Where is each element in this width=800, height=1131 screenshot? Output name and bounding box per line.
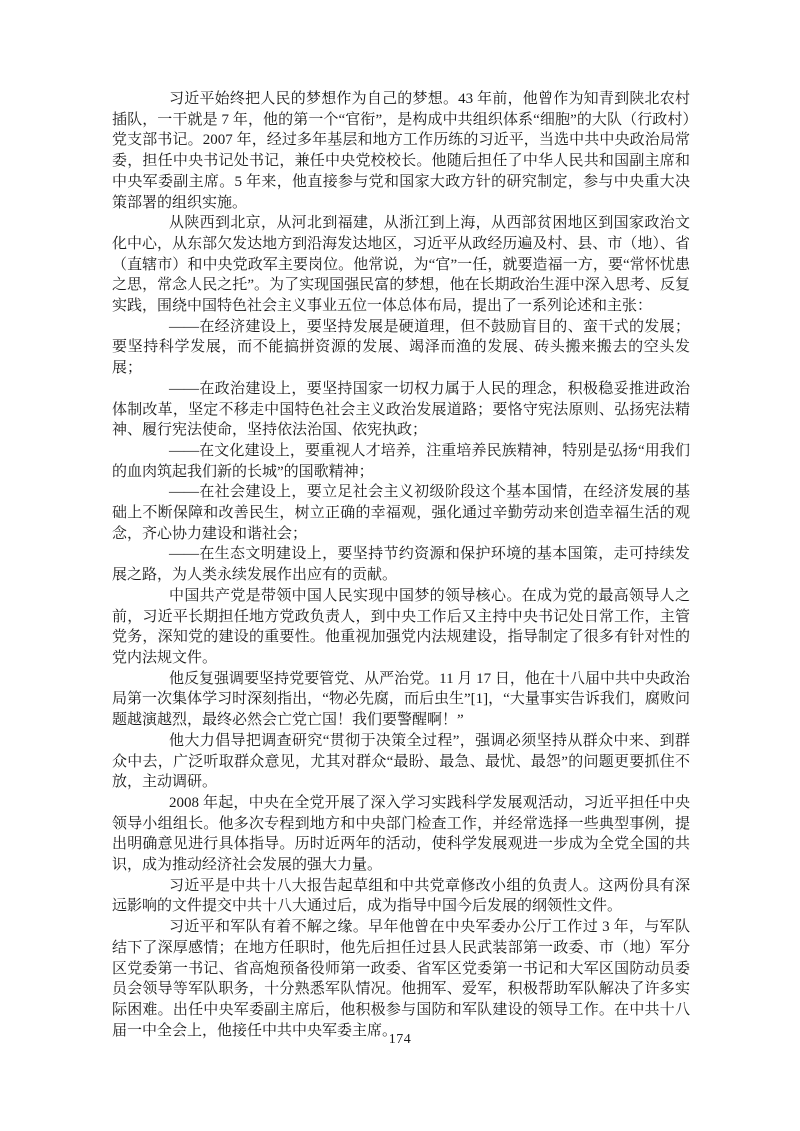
paragraph: 习近平和军队有着不解之缘。早年他曾在中央军委办公厅工作过 3 年，与军队结下了深… [112, 917, 690, 1041]
document-page: 习近平始终把人民的梦想作为自己的梦想。43 年前，他曾作为知青到陕北农村插队，一… [0, 0, 800, 1131]
page-number: 174 [0, 1032, 800, 1048]
paragraph: ——在生态文明建设上，要坚持节约资源和保护环境的基本国策，走可持续发展之路，为人… [112, 544, 690, 585]
paragraph: 从陕西到北京，从河北到福建，从浙江到上海，从西部贫困地区到国家政治文化中心，从东… [112, 213, 690, 317]
paragraph: 中国共产党是带领中国人民实现中国梦的领导核心。在成为党的最高领导人之前，习近平长… [112, 586, 690, 669]
paragraph: ——在社会建设上，要立足社会主义初级阶段这个基本国情，在经济发展的基础上不断保障… [112, 482, 690, 544]
paragraph: 2008 年起，中央在全党开展了深入学习实践科学发展观活动，习近平担任中央领导小… [112, 793, 690, 876]
paragraph: 他大力倡导把调查研究“贯彻于决策全过程”，强调必须坚持从群众中来、到群众中去，广… [112, 731, 690, 793]
paragraph: ——在政治建设上，要坚持国家一切权力属于人民的理念，积极稳妥推进政治体制改革，坚… [112, 379, 690, 441]
paragraph: ——在文化建设上，要重视人才培养，注重培养民族精神，特别是弘扬“用我们的血肉筑起… [112, 441, 690, 482]
paragraph: ——在经济建设上，要坚持发展是硬道理，但不鼓励盲目的、蛮干式的发展；要坚持科学发… [112, 317, 690, 379]
paragraph: 习近平始终把人民的梦想作为自己的梦想。43 年前，他曾作为知青到陕北农村插队，一… [112, 89, 690, 213]
paragraph: 习近平是中共十八大报告起草组和中共党章修改小组的负责人。这两份具有深远影响的文件… [112, 876, 690, 917]
paragraph: 他反复强调要坚持党要管党、从严治党。11 月 17 日，他在十八届中共中央政治局… [112, 669, 690, 731]
body-text: 习近平始终把人民的梦想作为自己的梦想。43 年前，他曾作为知青到陕北农村插队，一… [112, 89, 690, 1041]
